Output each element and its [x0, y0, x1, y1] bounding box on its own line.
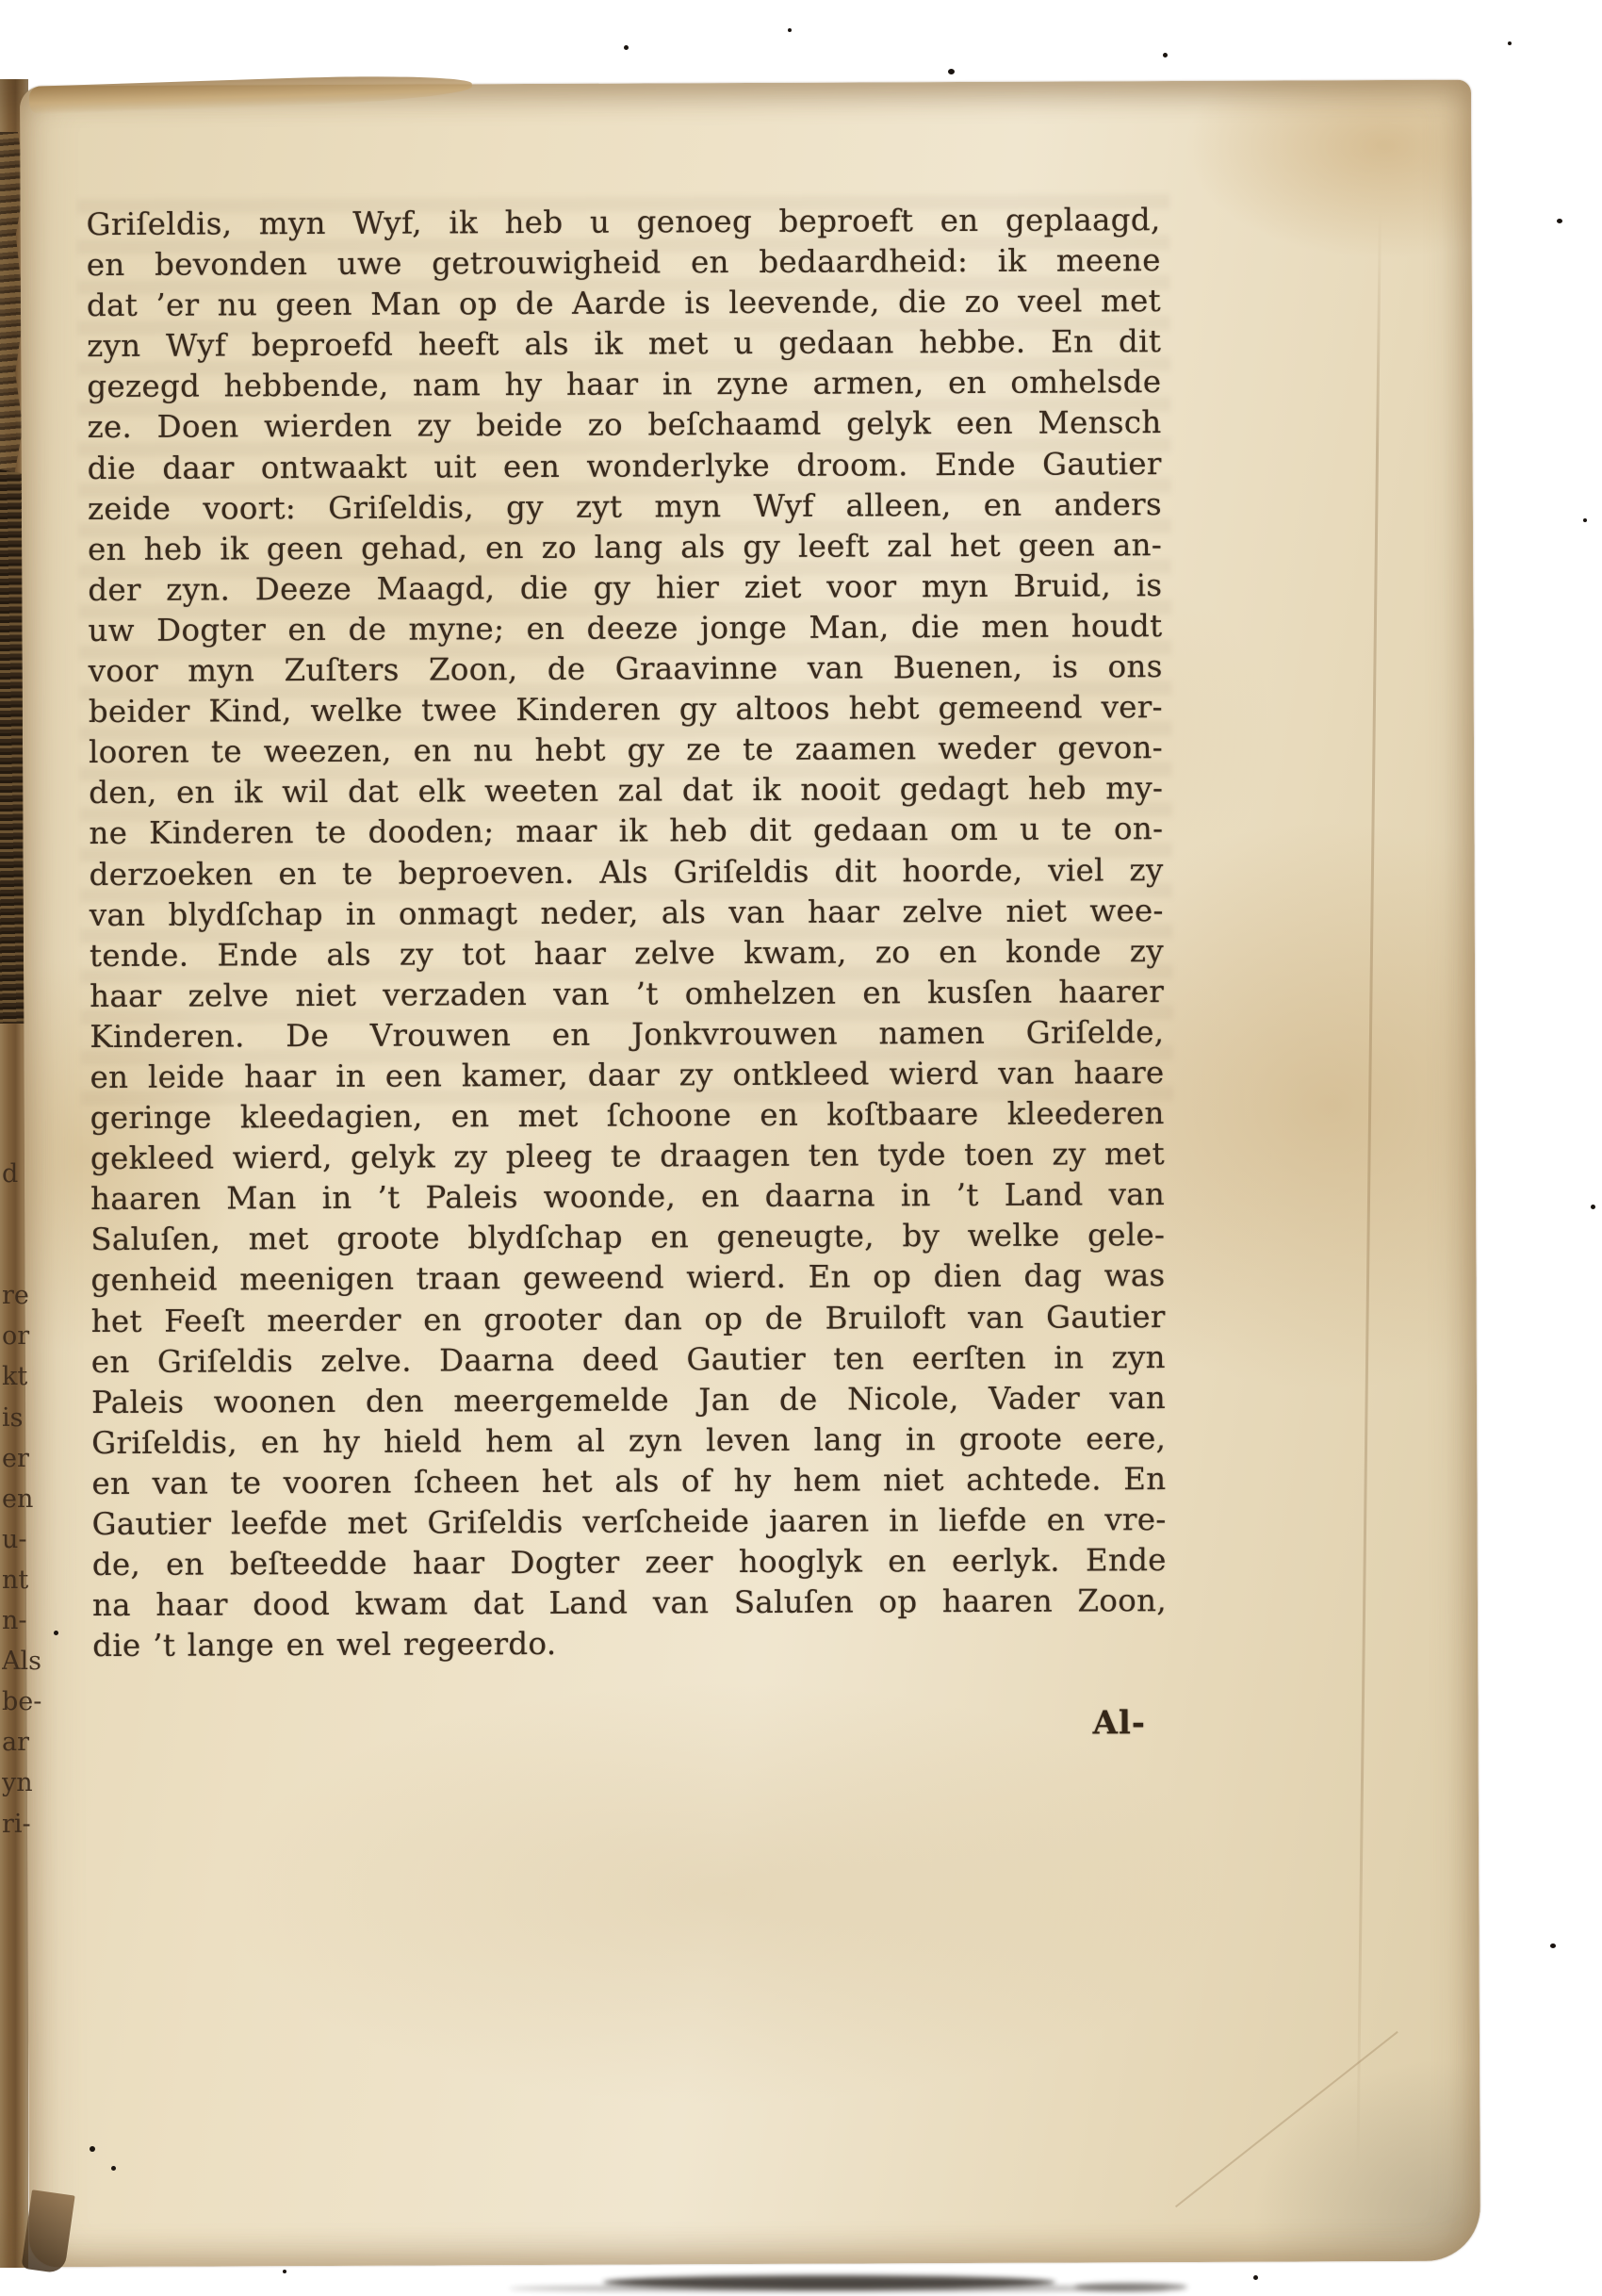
adjacent-page-text-fragment: is [2, 1398, 51, 1438]
scan-speckle [283, 2270, 286, 2273]
adjacent-page-text-fragment: er [2, 1438, 51, 1479]
text-line: Gautier leefde met Griſeldis verſcheide … [92, 1500, 1167, 1545]
text-line: looren te weezen, en nu hebt gy ze te za… [89, 728, 1163, 773]
scan-speckle [54, 1631, 58, 1635]
scan-speckle [1508, 41, 1512, 45]
adjacent-page-text-fragment: re [2, 1275, 51, 1316]
text-line: Saluſen, met groote blydſchap en geneugt… [90, 1215, 1165, 1260]
scan-speckle [624, 45, 629, 50]
adjacent-page-text-fragment: ar [2, 1722, 51, 1763]
text-line: en Griſeldis zelve. Daarna deed Gautier … [91, 1337, 1166, 1383]
text-line: ze. Doen wierden zy beide zo beſchaamd g… [87, 403, 1161, 449]
adjacent-page-text-fragment: yn [2, 1763, 51, 1803]
text-line: de, en beſteedde haar Dogter zeer hoogly… [92, 1540, 1167, 1585]
text-line: en van te vooren ſcheen het als of hy he… [91, 1459, 1166, 1504]
text-line: gezegd hebbende, nam hy haar in zyne arm… [87, 362, 1161, 407]
text-line: den, en ik wil dat elk weeten zal dat ik… [89, 768, 1163, 813]
text-line: Griſeldis, en hy hield hem al zyn leven … [91, 1419, 1166, 1464]
text-line: die ’t lange en wel regeerdo. [92, 1621, 1167, 1666]
text-line: na haar dood kwam dat Land van Saluſen o… [92, 1581, 1167, 1626]
text-line: uw Dogter en de myne; en deeze jonge Man… [88, 606, 1162, 651]
text-line: geringe kleedagien, en met ſchoone en ko… [90, 1093, 1165, 1139]
text-line: het Feeſt meerder en grooter dan op de B… [91, 1297, 1166, 1342]
scan-speckle [1550, 1943, 1556, 1948]
text-block: Griſeldis, myn Wyf, ik heb u genoeg bepr… [87, 200, 1168, 1666]
scanned-book-page: dreorktiserenu-ntn-Alsbe-arynri- Griſeld… [0, 0, 1602, 2296]
adjacent-page-text-fragment: u- [2, 1519, 51, 1560]
text-line: gekleed wierd, gelyk zy pleeg te draagen… [90, 1134, 1165, 1179]
text-line: derzoeken en te beproeven. Als Griſeldis… [90, 850, 1164, 895]
text-line: dat ’er nu geen Man op de Aarde is leeve… [87, 281, 1161, 326]
scan-speckle [948, 69, 955, 74]
adjacent-page-text-fragments: dreorktiserenu-ntn-Alsbe-arynri- [2, 1154, 51, 1845]
adjacent-page-text-fragment: n- [2, 1600, 51, 1641]
adjacent-page-text-fragment: nt [2, 1560, 51, 1600]
text-line: en leide haar in een kamer, daar zy ontk… [90, 1053, 1164, 1098]
text-line: haar zelve niet verzaden van ’t omhelzen… [90, 972, 1164, 1017]
adjacent-page-text-fragment: be- [2, 1681, 51, 1722]
text-line: zeide voort: Griſeldis, gy zyt myn Wyf a… [88, 484, 1162, 530]
text-line: en heb ik geen gehad, en zo lang als gy … [88, 525, 1162, 570]
scan-speckle [1591, 1205, 1595, 1209]
text-line: van blydſchap in onmagt neder, als van h… [90, 891, 1164, 936]
adjacent-page-text-fragment: ri- [2, 1804, 51, 1845]
text-line: beider Kind, welke twee Kinderen gy alto… [89, 687, 1163, 732]
text-line: der zyn. Deeze Maagd, die gy hier ziet v… [88, 566, 1162, 611]
text-line: en bevonden uwe getrouwigheid en bedaard… [87, 240, 1161, 286]
page-paper: Griſeldis, myn Wyf, ik heb u genoeg bepr… [20, 80, 1480, 2268]
adjacent-page-text-fragment [2, 1194, 51, 1235]
adjacent-page-text-fragment: or [2, 1316, 51, 1356]
scan-speckle [1253, 2275, 1258, 2280]
text-line: tende. Ende als zy tot haar zelve kwam, … [90, 931, 1164, 976]
scan-speckle [788, 28, 792, 32]
scan-speckle [1583, 518, 1587, 522]
scanner-edge-artifact [509, 2285, 1169, 2292]
scan-speckle [1557, 219, 1562, 223]
text-line: voor myn Zuſters Zoon, de Graavinne van … [89, 647, 1163, 692]
text-line: haaren Man in ’t Paleis woonde, en daarn… [90, 1174, 1165, 1220]
catchword: Al- [1092, 1704, 1146, 1742]
scan-speckle [1163, 53, 1168, 57]
scan-speckle [90, 2146, 95, 2152]
text-line: ne Kinderen te dooden; maar ik heb dit g… [89, 809, 1163, 854]
adjacent-page-text-fragment: Als [2, 1641, 51, 1681]
adjacent-page-text-fragment: d [2, 1154, 51, 1194]
adjacent-page-text-fragment: en [2, 1479, 51, 1519]
adjacent-page-text-fragment: kt [2, 1356, 51, 1397]
adjacent-page-text-fragment [2, 1235, 51, 1275]
text-line: genheid meenigen traan geweend wierd. En… [90, 1256, 1165, 1302]
text-line: Paleis woonen den meergemelde Jan de Nic… [91, 1378, 1166, 1423]
text-line: zyn Wyf beproefd heeft als ik met u geda… [87, 321, 1161, 367]
scan-speckle [111, 2166, 116, 2171]
text-line: Kinderen. De Vrouwen en Jonkvrouwen name… [90, 1012, 1164, 1058]
paper-crease-vertical [1356, 212, 1381, 2173]
text-line: Griſeldis, myn Wyf, ik heb u genoeg bepr… [87, 200, 1161, 245]
page-top-edge-curl [29, 73, 473, 115]
text-line: die daar ontwaakt uit een wonderlyke dro… [88, 444, 1162, 489]
paper-crease-diagonal [1175, 2031, 1398, 2207]
